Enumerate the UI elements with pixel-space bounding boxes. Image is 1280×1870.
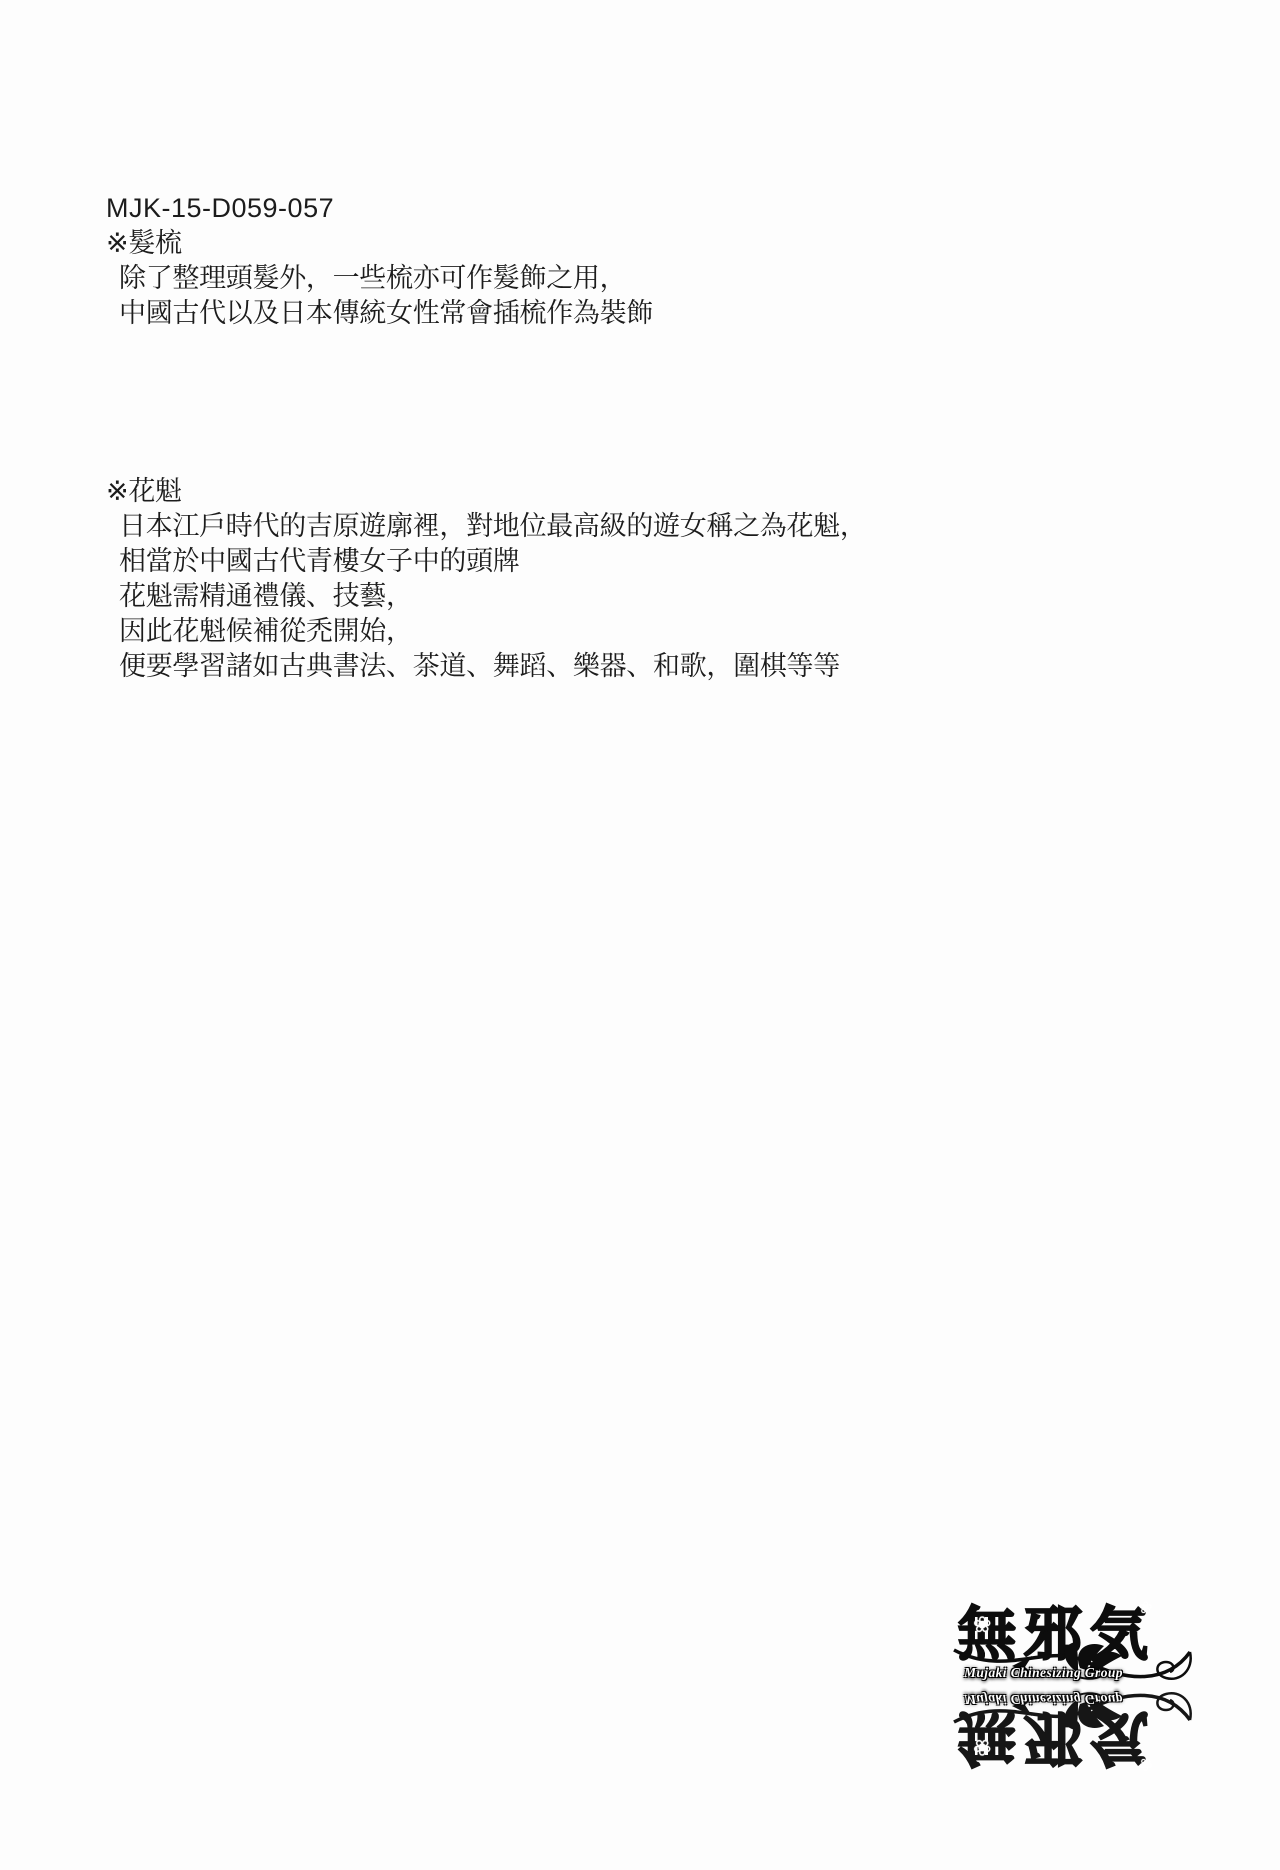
note-line: 便要學習諸如古典書法、茶道、舞蹈、樂器、和歌，圍棋等等 <box>106 649 867 684</box>
notes-block-hair-comb: MJK-15-D059-057 ※髮梳 除了整理頭髮外，一些梳亦可作髮飾之用， … <box>106 191 653 331</box>
logo-subtitle-text: Mujaki Chinesizing Group <box>958 1665 1192 1681</box>
group-logo-reflection: 無邪気 ❀ ❀ Mujaki Chinesizing Group <box>958 1691 1192 1774</box>
group-logo-main: 無邪気 ❀ ❀ Mujaki Chinesizing Group <box>958 1598 1192 1681</box>
note-title-oiran: ※花魁 <box>106 474 867 509</box>
document-code: MJK-15-D059-057 <box>106 191 653 226</box>
notes-block-oiran: ※花魁 日本江戶時代的吉原遊廓裡，對地位最高級的遊女稱之為花魁， 相當於中國古代… <box>106 474 867 684</box>
note-line: 相當於中國古代青樓女子中的頭牌 <box>106 544 867 579</box>
note-line: 中國古代以及日本傳統女性常會插梳作為裝飾 <box>106 296 653 331</box>
note-line: 花魁需精通禮儀、技藝， <box>106 579 867 614</box>
note-line: 日本江戶時代的吉原遊廓裡，對地位最高級的遊女稱之為花魁， <box>106 509 867 544</box>
note-title-hair-comb: ※髮梳 <box>106 226 653 261</box>
scanned-notes-page: MJK-15-D059-057 ※髮梳 除了整理頭髮外，一些梳亦可作髮飾之用， … <box>0 0 1280 1870</box>
note-line: 除了整理頭髮外，一些梳亦可作髮飾之用， <box>106 261 653 296</box>
group-logo: 無邪気 ❀ ❀ Mujaki Chinesizing Group 無邪気 ❀ ❀ <box>958 1598 1192 1774</box>
note-line: 因此花魁候補從禿開始， <box>106 614 867 649</box>
